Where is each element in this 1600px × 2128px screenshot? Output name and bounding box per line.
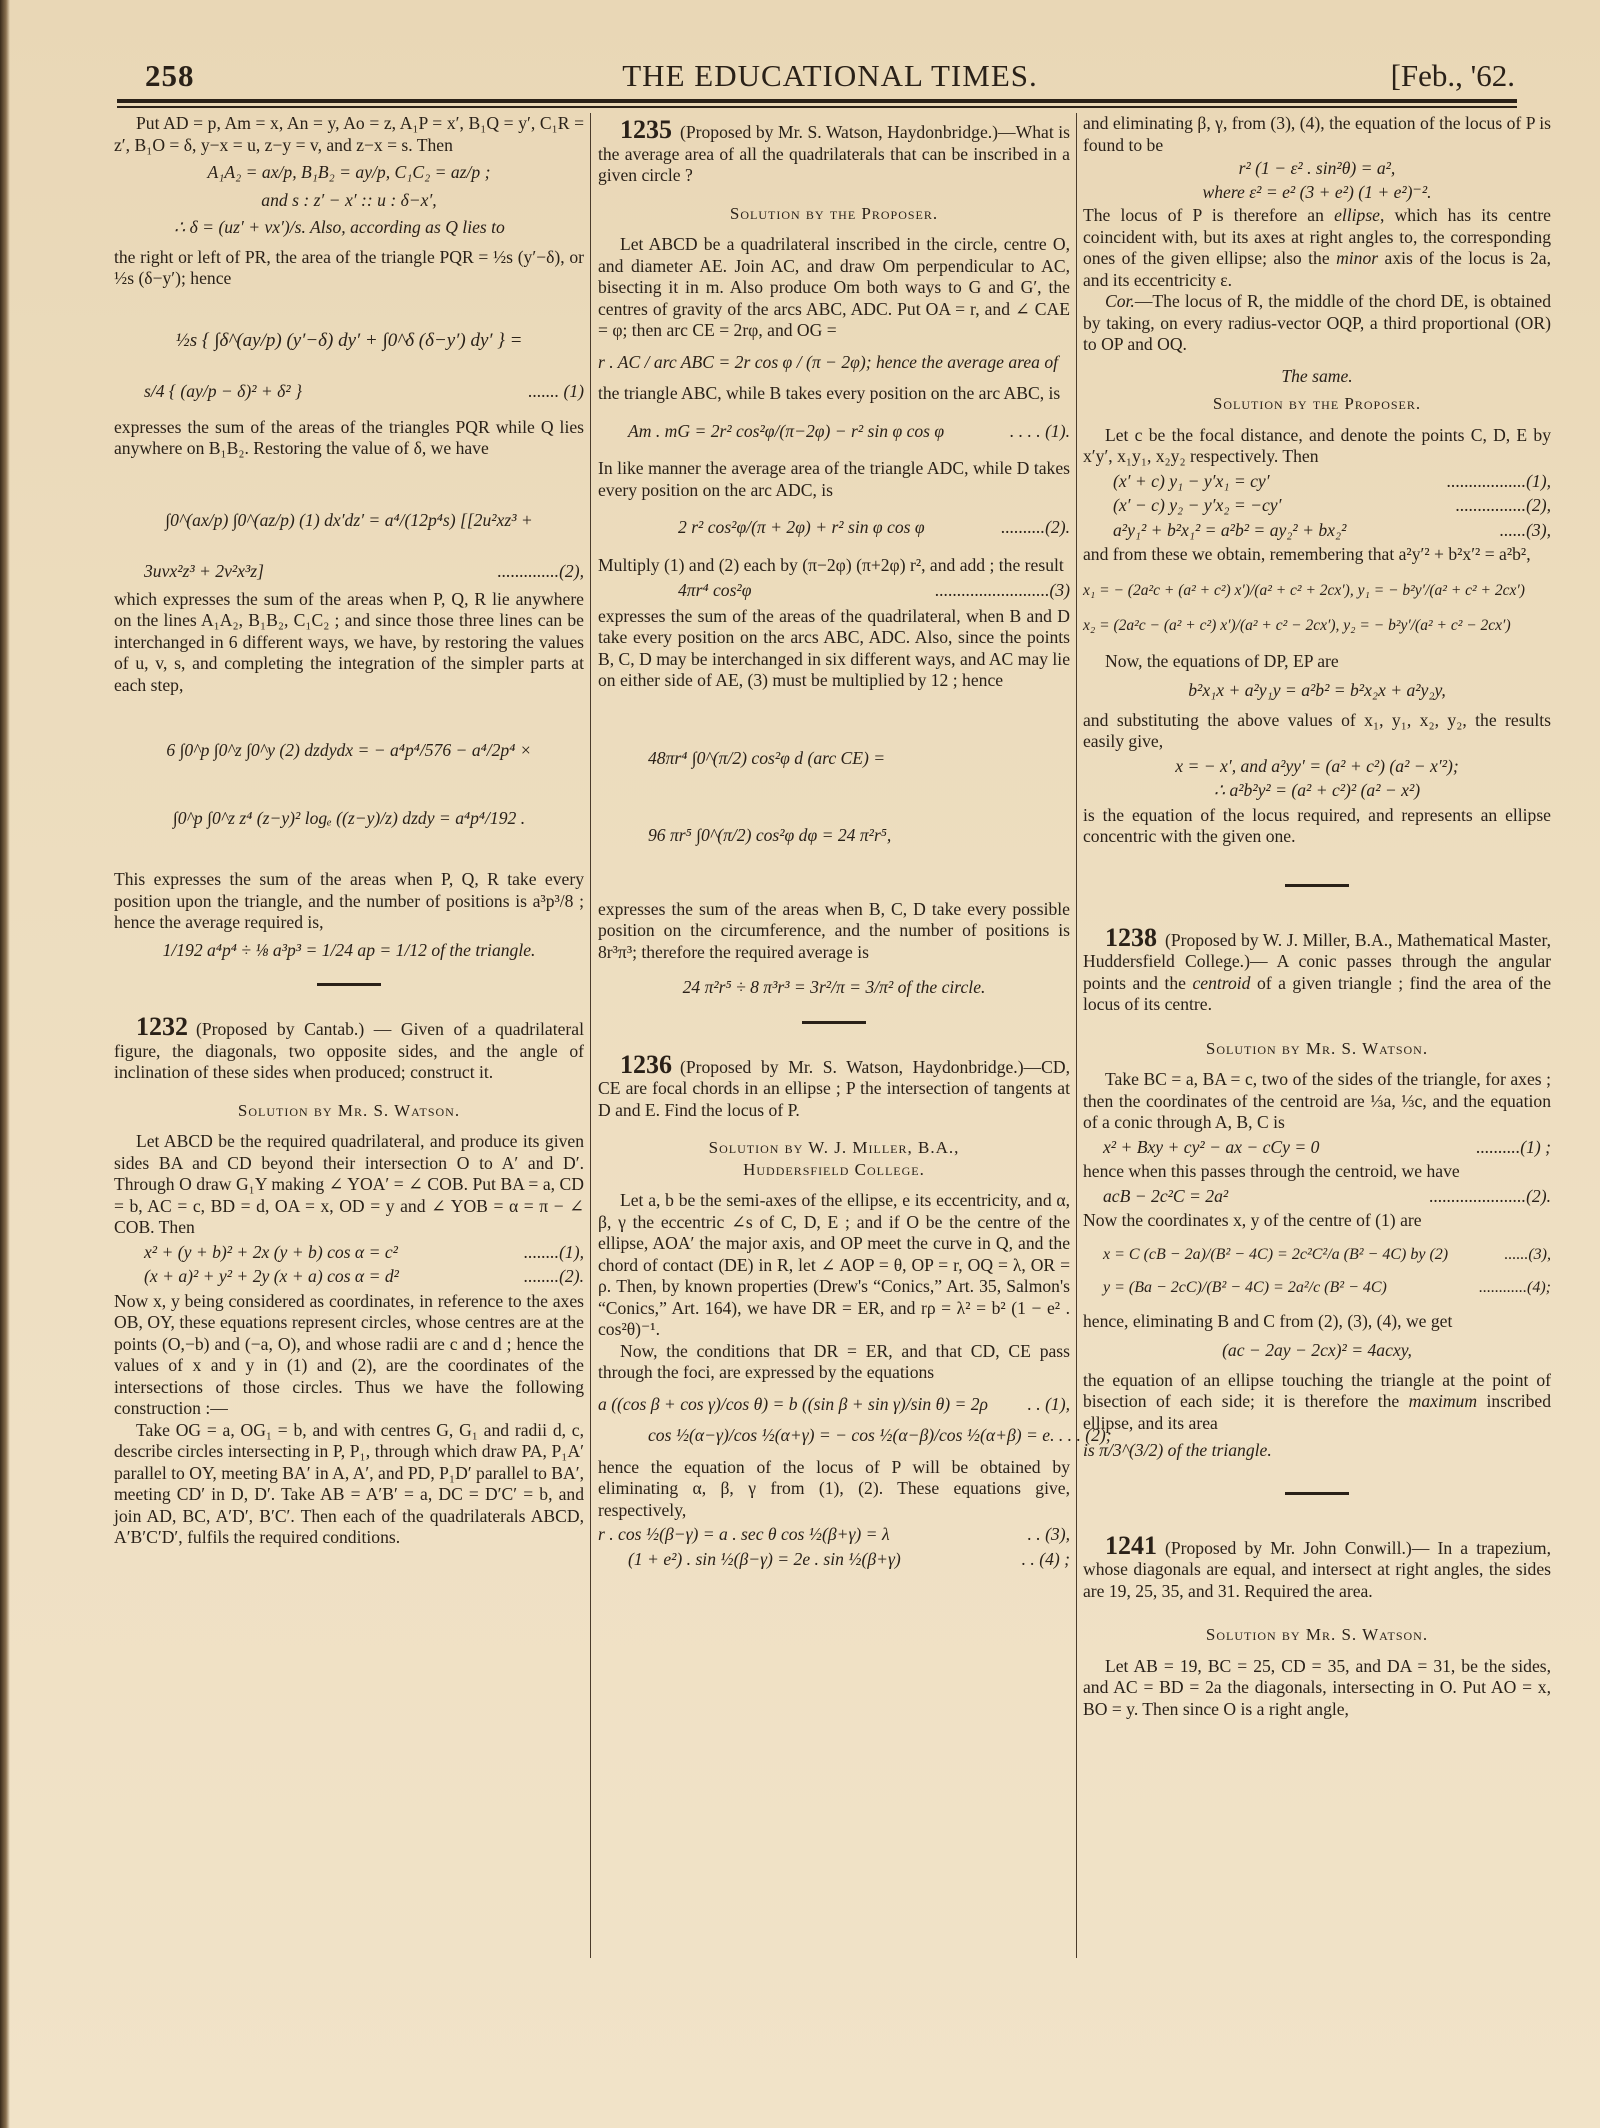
equation-body: a ((cos β + cos γ)/cos θ) = b ((sin β + … bbox=[598, 1394, 988, 1416]
equation-body: r . cos ½(β−γ) = a . sec θ cos ½(β+γ) = … bbox=[598, 1524, 890, 1546]
equation-body: cos ½(α−γ)/cos ½(α+γ) = − cos ½(α−β)/cos… bbox=[648, 1425, 1050, 1447]
equation-numbered: 3uvx²z³ + 2v²x³z] ..............(2), bbox=[144, 561, 584, 583]
equation-body: x² + Bxy + cy² − ax − cCy = 0 bbox=[1103, 1137, 1319, 1159]
header-rule-thin bbox=[117, 106, 1517, 108]
equation-number: ..............(2), bbox=[498, 561, 585, 583]
column-1: Put AD = p, Am = x, An = y, Ao = z, A₁P … bbox=[114, 113, 584, 1549]
solution-heading: Solution by Mr. S. Watson. bbox=[114, 1100, 584, 1122]
equation-integral: 96 πr⁵ ∫0^(π/2) cos²φ dφ = 24 π²r⁵, bbox=[598, 825, 1070, 847]
paragraph: In like manner the average area of the t… bbox=[598, 458, 1070, 501]
equation: 1/192 a⁴p⁴ ÷ ⅛ a³p³ = 1/24 ap = 1/12 of … bbox=[114, 940, 584, 962]
column-3: and eliminating β, γ, from (3), (4), the… bbox=[1083, 113, 1551, 1720]
equation-number: ..........(2). bbox=[1001, 517, 1070, 539]
corollary: Cor.—The locus of R, the middle of the c… bbox=[1083, 291, 1551, 356]
equation-number: . . (1), bbox=[1027, 1394, 1070, 1416]
equation: 24 π²r⁵ ÷ 8 π³r³ = 3r²/π = 3/π² of the c… bbox=[598, 977, 1070, 999]
paragraph: hence the equation of the locus of P wil… bbox=[598, 1457, 1070, 1522]
equation-body: y = (Ba − 2cC)/(B² − 4C) = 2a²/c (B² − 4… bbox=[1103, 1277, 1387, 1299]
text: The locus of P is therefore an bbox=[1083, 205, 1334, 225]
equation-number: ........(1), bbox=[524, 1242, 584, 1264]
equation-numbered: a²y₁² + b²x₁² = a²b² = ay₂² + bx₂² .....… bbox=[1113, 520, 1551, 542]
section-separator bbox=[317, 983, 381, 986]
equation-numbered: 4πr⁴ cos²φ ..........................(3) bbox=[678, 580, 1070, 602]
equation-number: ....... (1) bbox=[528, 381, 584, 403]
section-separator bbox=[1285, 884, 1349, 887]
paragraph: expresses the sum of the areas of the tr… bbox=[114, 417, 584, 460]
paragraph: is the equation of the locus required, a… bbox=[1083, 805, 1551, 848]
emphasis: centroid bbox=[1192, 973, 1250, 993]
question-number: 1235 bbox=[620, 115, 672, 144]
paragraph: expresses the sum of the areas when B, C… bbox=[598, 899, 1070, 964]
equation-number: . . (3), bbox=[1027, 1524, 1070, 1546]
equation-numbered: cos ½(α−γ)/cos ½(α+γ) = − cos ½(α−β)/cos… bbox=[648, 1425, 1070, 1447]
paragraph: Let a, b be the semi-axes of the ellipse… bbox=[598, 1190, 1070, 1341]
equation: x = − x′, and a²yy′ = (a² + c²) (a² − x′… bbox=[1083, 756, 1551, 778]
paragraph: Let ABCD be a quadrilateral inscribed in… bbox=[598, 234, 1070, 342]
paragraph: This expresses the sum of the areas when… bbox=[114, 869, 584, 934]
equation-number: ..........................(3) bbox=[935, 580, 1070, 602]
paragraph: expresses the sum of the areas of the qu… bbox=[598, 606, 1070, 692]
question-1238: 1238(Proposed by W. J. Miller, B.A., Mat… bbox=[1083, 927, 1551, 1016]
column-2: 1235(Proposed by Mr. S. Watson, Haydonbr… bbox=[598, 113, 1070, 1573]
equation-numbered: s/4 { (ay/p − δ)² + δ² } ....... (1) bbox=[144, 381, 584, 403]
equation: A₁A₂ = ax/p, B₁B₂ = ay/p, C₁C₂ = az/p ; bbox=[114, 162, 584, 184]
solution-heading: Solution by W. J. Miller, B.A., bbox=[598, 1137, 1070, 1159]
issue-date: [Feb., '62. bbox=[1391, 58, 1515, 94]
equation-number: ............(4); bbox=[1479, 1277, 1551, 1299]
solution-heading: Solution by the Proposer. bbox=[598, 203, 1070, 225]
text: —The locus of R, the middle of the chord… bbox=[1083, 291, 1551, 354]
solution-heading: Solution by Mr. S. Watson. bbox=[1083, 1038, 1551, 1060]
equation: r² (1 − ε² . sin²θ) = a², bbox=[1083, 158, 1551, 180]
equation-numbered: (x′ + c) y₁ − y′x₁ = cy′ ...............… bbox=[1113, 471, 1551, 493]
page-header: 258 THE EDUCATIONAL TIMES. [Feb., '62. bbox=[145, 58, 1515, 98]
paragraph: Take OG = a, OG₁ = b, and with centres G… bbox=[114, 1420, 584, 1549]
equation-numbered: Am . mG = 2r² cos²φ/(π−2φ) − r² sin φ co… bbox=[628, 421, 1070, 443]
corollary-label: Cor. bbox=[1105, 291, 1135, 311]
question-number: 1232 bbox=[136, 1012, 188, 1041]
equation: x₁ = − (2a²c + (a² + c²) x′)/(a² + c² + … bbox=[1083, 580, 1551, 602]
paragraph: Let AB = 19, BC = 25, CD = 35, and DA = … bbox=[1083, 1656, 1551, 1721]
equation-body: 3uvx²z³ + 2v²x³z] bbox=[144, 561, 264, 583]
paragraph: the triangle ABC, while B takes every po… bbox=[598, 383, 1070, 405]
equation-integral: ∫0^p ∫0^z z⁴ (z−y)² logₑ ((z−y)/z) dzdy … bbox=[114, 808, 584, 830]
paragraph: Multiply (1) and (2) each by (π−2φ) (π+2… bbox=[598, 555, 1070, 577]
equation-number: ......................(2). bbox=[1429, 1186, 1551, 1208]
paragraph: Let ABCD be the required quadrilateral, … bbox=[114, 1131, 584, 1239]
paragraph: Take BC = a, BA = c, two of the sides of… bbox=[1083, 1069, 1551, 1134]
equation-body: s/4 { (ay/p − δ)² + δ² } bbox=[144, 381, 302, 403]
paragraph: and substituting the above values of x₁,… bbox=[1083, 710, 1551, 753]
column-divider-1 bbox=[590, 113, 591, 1958]
column-divider-2 bbox=[1076, 113, 1077, 1958]
question-1235: 1235(Proposed by Mr. S. Watson, Haydonbr… bbox=[598, 119, 1070, 187]
emphasis: minor bbox=[1336, 248, 1378, 268]
section-separator bbox=[802, 1021, 866, 1024]
solution-heading: Solution by Mr. S. Watson. bbox=[1083, 1624, 1551, 1646]
emphasis: ellipse bbox=[1334, 205, 1380, 225]
equation-body: (x + a)² + y² + 2y (x + a) cos α = d² bbox=[144, 1266, 399, 1288]
equation-numbered: x² + (y + b)² + 2x (y + b) cos α = c² ..… bbox=[144, 1242, 584, 1264]
equation-integral: 6 ∫0^p ∫0^z ∫0^y (2) dzdydx = − a⁴p⁴/576… bbox=[114, 740, 584, 762]
question-1241: 1241(Proposed by Mr. John Conwill.)— In … bbox=[1083, 1535, 1551, 1603]
section-separator bbox=[1285, 1492, 1349, 1495]
equation-number: ..........(1) ; bbox=[1476, 1137, 1551, 1159]
equation-integral: 48πr⁴ ∫0^(π/2) cos²φ d (arc CE) = bbox=[598, 748, 1070, 770]
equation-number: ......(3), bbox=[1504, 1244, 1551, 1266]
paragraph: the equation of an ellipse touching the … bbox=[1083, 1370, 1551, 1435]
question-number: 1236 bbox=[620, 1050, 672, 1079]
equation-number: . . . . (1). bbox=[1010, 421, 1070, 443]
header-rule-thick bbox=[117, 99, 1517, 103]
equation: ∴ δ = (uz′ + vx′)/s. Also, according as … bbox=[114, 217, 584, 239]
equation: b²x₁x + a²y₁y = a²b² = b²x₂x + a²y₂y, bbox=[1083, 680, 1551, 702]
equation-body: (x′ − c) y₂ − y′x₂ = −cy′ bbox=[1113, 495, 1281, 517]
equation-numbered: x² + Bxy + cy² − ax − cCy = 0 ..........… bbox=[1103, 1137, 1551, 1159]
question-1236: 1236(Proposed by Mr. S. Watson, Haydonbr… bbox=[598, 1054, 1070, 1122]
page-binding-edge bbox=[0, 0, 10, 2128]
solution-heading: Solution by the Proposer. bbox=[1083, 393, 1551, 415]
equation-body: a²y₁² + b²x₁² = a²b² = ay₂² + bx₂² bbox=[1113, 520, 1346, 542]
equation-body: x² + (y + b)² + 2x (y + b) cos α = c² bbox=[144, 1242, 398, 1264]
equation-body: acB − 2c²C = 2a² bbox=[1103, 1186, 1228, 1208]
equation-numbered: acB − 2c²C = 2a² ......................(… bbox=[1103, 1186, 1551, 1208]
paragraph: Let c be the focal distance, and denote … bbox=[1083, 425, 1551, 468]
equation: where ε² = e² (3 + e²) (1 + e²)⁻². bbox=[1083, 182, 1551, 204]
solution-heading-affiliation: Huddersfield College. bbox=[598, 1159, 1070, 1181]
paragraph: which expresses the sum of the areas whe… bbox=[114, 589, 584, 697]
equation-body: 4πr⁴ cos²φ bbox=[678, 580, 751, 602]
paragraph: The locus of P is therefore an ellipse, … bbox=[1083, 205, 1551, 291]
paragraph: and from these we obtain, remembering th… bbox=[1083, 544, 1551, 566]
equation-body: 2 r² cos²φ/(π + 2φ) + r² sin φ cos φ bbox=[678, 517, 925, 539]
paragraph: Now x, y being considered as coordinates… bbox=[114, 1291, 584, 1420]
paragraph: Now the coordinates x, y of the centre o… bbox=[1083, 1210, 1551, 1232]
equation-number: ......(3), bbox=[1500, 520, 1551, 542]
equation-number: ................(2), bbox=[1456, 495, 1551, 517]
equation: r . AC / arc ABC = 2r cos φ / (π − 2φ); … bbox=[598, 352, 1070, 374]
subheading-the-same: The same. bbox=[1083, 366, 1551, 388]
equation-body: Am . mG = 2r² cos²φ/(π−2φ) − r² sin φ co… bbox=[628, 421, 944, 443]
equation-numbered: r . cos ½(β−γ) = a . sec θ cos ½(β+γ) = … bbox=[598, 1524, 1070, 1546]
emphasis: maximum bbox=[1409, 1391, 1477, 1411]
equation-body: x = C (cB − 2a)/(B² − 4C) = 2c²C²/a (B² … bbox=[1103, 1244, 1448, 1266]
journal-title: THE EDUCATIONAL TIMES. bbox=[145, 58, 1515, 94]
equation-number: ..................(1), bbox=[1447, 471, 1551, 493]
question-1232: 1232(Proposed by Cantab.) — Given of a q… bbox=[114, 1016, 584, 1084]
equation-numbered: y = (Ba − 2cC)/(B² − 4C) = 2a²/c (B² − 4… bbox=[1103, 1277, 1551, 1299]
equation: (ac − 2ay − 2cx)² = 4acxy, bbox=[1083, 1340, 1551, 1362]
paragraph: Now, the conditions that DR = ER, and th… bbox=[598, 1341, 1070, 1384]
equation-number: . . (4) ; bbox=[1022, 1549, 1070, 1571]
equation-numbered: (x′ − c) y₂ − y′x₂ = −cy′ ..............… bbox=[1113, 495, 1551, 517]
paragraph: hence when this passes through the centr… bbox=[1083, 1161, 1551, 1183]
equation-body: (1 + e²) . sin ½(β−γ) = 2e . sin ½(β+γ) bbox=[628, 1549, 901, 1571]
equation-numbered: (x + a)² + y² + 2y (x + a) cos α = d² ..… bbox=[144, 1266, 584, 1288]
equation-integral: ½s { ∫δ^(ay/p) (y′−δ) dy′ + ∫0^δ (δ−y′) … bbox=[114, 330, 584, 352]
paragraph: the right or left of PR, the area of the… bbox=[114, 247, 584, 290]
equation-numbered: x = C (cB − 2a)/(B² − 4C) = 2c²C²/a (B² … bbox=[1103, 1244, 1551, 1266]
equation: x₂ = (2a²c − (a² + c²) x′)/(a² + c² − 2c… bbox=[1083, 615, 1551, 637]
paragraph: and eliminating β, γ, from (3), (4), the… bbox=[1083, 113, 1551, 156]
question-number: 1241 bbox=[1105, 1531, 1157, 1560]
equation-number: ........(2). bbox=[524, 1266, 584, 1288]
paragraph: hence, eliminating B and C from (2), (3)… bbox=[1083, 1311, 1551, 1333]
equation: ∴ a²b²y² = (a² + c²)² (a² − x²) bbox=[1083, 780, 1551, 802]
paragraph: Put AD = p, Am = x, An = y, Ao = z, A₁P … bbox=[114, 113, 584, 156]
equation: is π/3^(3/2) of the triangle. bbox=[1083, 1440, 1551, 1462]
paragraph: Now, the equations of DP, EP are bbox=[1083, 651, 1551, 673]
equation: and s : z′ − x′ :: u : δ−x′, bbox=[114, 190, 584, 212]
equation-body: (x′ + c) y₁ − y′x₁ = cy′ bbox=[1113, 471, 1270, 493]
equation-numbered: (1 + e²) . sin ½(β−γ) = 2e . sin ½(β+γ) … bbox=[628, 1549, 1070, 1571]
equation-numbered: 2 r² cos²φ/(π + 2φ) + r² sin φ cos φ ...… bbox=[678, 517, 1070, 539]
equation-integral: ∫0^(ax/p) ∫0^(az/p) (1) dx′dz′ = a⁴/(12p… bbox=[114, 510, 584, 532]
equation-numbered: a ((cos β + cos γ)/cos θ) = b ((sin β + … bbox=[598, 1394, 1070, 1416]
question-number: 1238 bbox=[1105, 923, 1157, 952]
